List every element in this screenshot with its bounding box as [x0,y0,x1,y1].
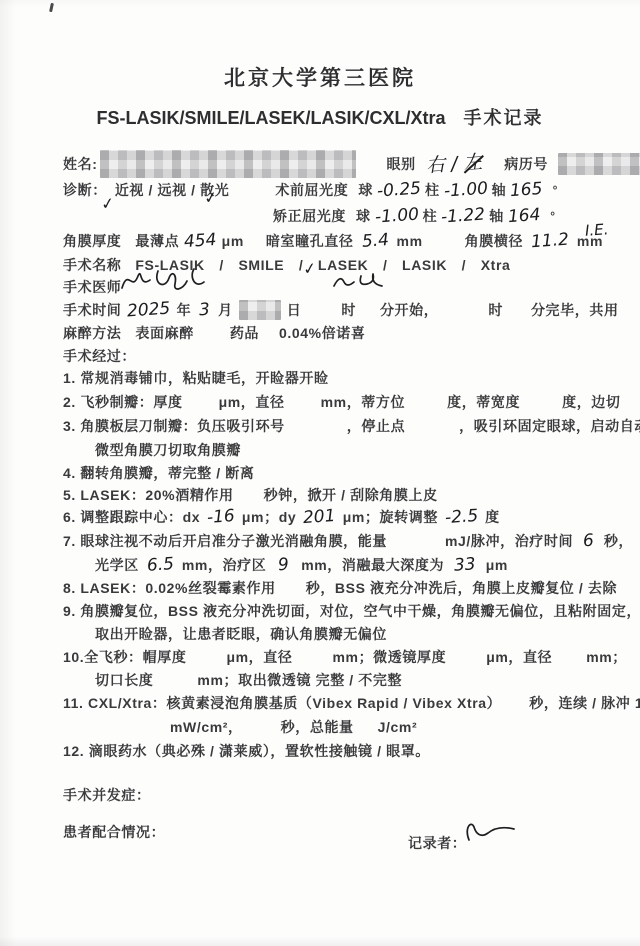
sphere-label: 球 [358,180,373,200]
procedure-step-9-cont: 取出开睑器，让患者眨眼，确认角膜瓣无偏位 [95,624,387,644]
recorder-signature [462,818,520,846]
redacted-patient-name [100,150,356,178]
pupil-label: 暗室瞳孔直径 [266,231,354,251]
corr-refraction-label: 矫正屈光度 [273,206,346,226]
step-text: 11. CXL/Xtra：核黄素浸泡角膜基质（Vibex Rapid / Vib… [63,693,501,713]
mm-unit: mm [397,231,423,251]
corr-sphere-value: -1.00 [374,205,419,226]
blank-field [285,426,347,427]
step-text: μm [486,555,508,575]
step-text: 取出开睑器，让患者眨眼，确认角膜瓣无偏位 [95,624,387,644]
blank-field [276,588,306,589]
step-text: 度，蒂宽度 [447,392,520,412]
procedure-step-9: 9. 角膜瓣复位，BSS 液充分冲洗切面，对位，空气中干燥，角膜瓣无偏位，且粘附… [63,601,640,621]
blank-field [234,495,264,496]
pre-sphere-value: -0.25 [376,179,421,200]
blank-field [387,541,445,542]
blank-field [153,680,197,681]
blank-field [229,190,275,191]
step-text: ，吸引环固定眼球，启动自动 [459,416,640,436]
procedure-step-7: 7. 眼球注视不动后开启准分子激光消融角膜，能量 mJ/脉冲，治疗时间 6 秒， [63,531,633,551]
degree-sign: ° [550,206,555,226]
blank-field [552,657,586,658]
eye-right: 右 [425,154,446,177]
cyl-label: 柱 [425,180,440,200]
blank-field [619,310,640,311]
blank-field [621,402,640,403]
step-text: mm，消融最大深度为 [301,555,444,575]
diameter-value: 11.2 [530,231,569,252]
start-text: 分开始， [380,300,438,320]
surgical-record-page: 北京大学第三医院 FS-LASIK/SMILE/LASEK/LASIK/CXL/… [0,0,640,946]
procedure-step-2: 2. 飞秒制瓣：厚度 μm，直径 mm，蒂方位 度，蒂宽度 度，边切 度 [63,392,640,412]
step-text: 1. 常规消毒铺巾，粘贴睫毛，开睑器开睑 [63,368,329,388]
step-text: mm，治疗区 [182,555,267,575]
blank-field [503,310,531,311]
pupil-value: 5.4 [361,231,389,251]
form-title-latin: FS-LASIK/SMILE/LASEK/LASIK/CXL/Xtra [96,108,445,128]
step-text: μm；旋转调整 [343,507,438,527]
anesthesia-label: 麻醉方法 [63,323,121,343]
step-text: mm；微透镜厚度 [332,647,446,667]
anesthesia-row: 麻醉方法 表面麻醉 药品 0.04%倍诺喜 [63,323,366,343]
eye-label: 眼别 [386,154,415,174]
surgery-name-label: 手术名称 [63,255,121,275]
surgery-time-row: 手术时间 2025 年 3 月 日 时 分开始， 时 分完毕，共用 分 [63,300,640,320]
cornea-row: 角膜厚度 最薄点 454 μm 暗室瞳孔直径 5.4 mm 角膜横径 11.2 … [63,231,603,251]
procedure-step-10-cont: 切口长度 mm；取出微透镜 完整 / 不完整 [95,670,402,690]
day-unit: 日 [287,300,302,320]
dy-value: 201 [303,507,337,527]
blank-field [356,310,380,311]
margin-note: I.E. [584,220,609,240]
procedure-heading: 手术经过： [63,346,136,366]
axis-label: 轴 [489,206,504,226]
step-text: 8. LASEK：0.02%丝裂霉素作用 [63,578,276,598]
dx-value: -16 [207,507,236,527]
hour-unit: 时 [341,300,356,320]
procedure-step-11: 11. CXL/Xtra：核黄素浸泡角膜基质（Vibex Rapid / Vib… [63,693,640,713]
blank-field [501,703,529,704]
blank-field [405,426,459,427]
cyl-label: 柱 [423,206,438,226]
step-text: mm； [586,647,627,667]
blank-field [194,333,230,334]
hospital-title: 北京大学第三医院 [0,62,640,92]
checkmark-myopia: ✓ [100,193,116,214]
sphere-label: 球 [356,206,371,226]
month-value: 3 [199,301,211,320]
procedure-step-1: 1. 常规消毒铺巾，粘贴睫毛，开睑器开睑 [63,368,329,388]
year-value: 2025 [127,300,171,321]
eye-value: 右 / 左 [425,153,483,175]
scan-artifact-mark [49,3,54,12]
procedure-step-7-cont: 光学区 6.5 mm，治疗区 9 mm，消融最大深度为 33 μm [95,555,508,575]
step-text: 秒， [604,531,633,551]
form-title-cn: 手术记录 [464,108,544,128]
procedure-step-3: 3. 角膜板层刀制瓣：负压吸引环号 ，停止点 ，吸引环固定眼球，启动自动 [63,416,640,436]
blank-field [446,657,486,658]
degree-sign: ° [553,180,558,200]
step-text: 度，边切 [562,392,620,412]
drug-label: 药品 [230,323,259,343]
anesthesia-value: 表面麻醉 [135,323,193,343]
eye-left: 左 [462,151,483,174]
procedure-step-5: 5. LASEK：20%酒精作用 秒钟，掀开 / 刮除角膜上皮 [63,485,438,505]
name-label: 姓名: [63,154,97,174]
treatment-time-value: 6 [582,532,594,551]
month-unit: 月 [218,300,233,320]
procedure-heading-label: 手术经过： [63,346,136,366]
cooperation-row: 患者配合情况： [63,822,165,842]
hour-unit2: 时 [488,300,503,320]
step-text: 秒钟，掀开 / 刮除角膜上皮 [264,485,438,505]
um-unit: μm [222,231,244,251]
optical-zone-value: 6.5 [146,555,174,575]
year-unit: 年 [177,300,192,320]
complications-row: 手术并发症： [63,785,151,805]
step-text: 6. 调整跟踪中心：dx [63,507,200,527]
procedure-step-6: 6. 调整跟踪中心：dx -16 μm；dy 201 μm；旋转调整 -2.5 … [63,507,500,527]
step-text: 秒，连续 / 脉冲 1:1 UV [529,693,640,713]
cornea-label: 角膜厚度 [63,231,121,251]
blank-field [301,310,341,311]
pre-cyl-value: -1.00 [443,179,488,200]
procedure-step-10: 10.全飞秒：帽厚度 μm，直径 mm；微透镜厚度 μm，直径 mm； [63,647,627,667]
surgeon-label: 手术医师 [63,277,121,297]
thinnest-value: 454 [184,231,218,251]
step-text: mm，蒂方位 [321,392,406,412]
step-text: 微型角膜刀切取角膜瓣 [95,440,241,460]
step-text: ，停止点 [347,416,405,436]
procedure-step-3-cont: 微型角膜刀切取角膜瓣 [95,440,241,460]
surgeon-annotation-scribble [330,270,392,292]
form-title: FS-LASIK/SMILE/LASEK/LASIK/CXL/Xtra手术记录 [0,104,640,130]
step-text: J/cm² [378,717,418,737]
blank-field [438,310,488,311]
diagnosis-row: 诊断： 近视 / 远视 / 散光 术前屈光度 球 -0.25 柱 -1.00 轴… [63,180,558,200]
step-text: μm，直径 [226,647,292,667]
blank-field [354,727,378,728]
patient-row: 姓名: 眼别 右 / 左 病历号 [63,150,640,178]
blank-field [292,657,332,658]
blank-field [243,727,281,728]
end-text: 分完毕，共用 [531,300,619,320]
corrected-refraction-row: 矫正屈光度 球 -1.00 柱 -1.22 轴 164 ° [273,206,556,226]
blank-field [405,402,447,403]
blank-field [259,333,279,334]
cooperation-label: 患者配合情况： [63,822,165,842]
corr-cyl-value: -1.22 [441,205,486,226]
step-text: μm；dy [242,507,296,527]
surgeon-signature [116,262,211,296]
blank-field [285,402,321,403]
step-text: 9. 角膜瓣复位，BSS 液充分冲洗切面，对位，空气中干燥，角膜瓣无偏位，且粘附… [63,601,640,621]
step-text: 4. 翻转角膜瓣，蒂完整 / 断离 [63,463,254,483]
step-text: μm，直径 [486,647,552,667]
recorder-label: 记录者： [408,833,466,853]
step-text: 5. LASEK：20%酒精作用 [63,485,234,505]
redacted-day [239,300,281,320]
corr-axis-value: 164 [507,206,541,226]
step-text: 秒，BSS 液充分冲洗后，角膜上皮瓣复位 / 去除 [306,578,617,598]
procedure-step-8: 8. LASEK：0.02%丝裂霉素作用 秒，BSS 液充分冲洗后，角膜上皮瓣复… [63,578,617,598]
step-text: 7. 眼球注视不动后开启准分子激光消融角膜，能量 [63,531,387,551]
record-no-label: 病历号 [504,154,548,174]
thinnest-label: 最薄点 [135,231,179,251]
step-text: 3. 角膜板层刀制瓣：负压吸引环号 [63,416,285,436]
procedure-step-12: 12. 滴眼药水（典必殊 / 潇莱威），置软性接触镜 / 眼罩。 [63,741,430,761]
step-text: 12. 滴眼药水（典必殊 / 潇莱威），置软性接触镜 / 眼罩。 [63,741,430,761]
checkmark-lasek: ✓ [302,258,318,279]
surgeon-row: 手术医师 [63,277,121,297]
step-text: mW/cm²， [170,717,243,737]
step-text: 光学区 [95,555,139,575]
step-text: mJ/脉冲，治疗时间 [445,531,573,551]
procedure-step-4: 4. 翻转角膜瓣，蒂完整 / 断离 [63,463,254,483]
axis-label: 轴 [492,180,507,200]
redacted-record-no [558,153,640,175]
eye-slash: / [450,153,458,175]
step-text: 2. 飞秒制瓣：厚度 [63,392,183,412]
step-text: 度 [485,507,500,527]
procedure-step-11-cont: mW/cm²， 秒，总能量 J/cm² [170,717,417,737]
treatment-zone-value: 9 [278,556,290,575]
drug-value: 0.04%倍诺喜 [279,323,366,343]
pre-axis-value: 165 [510,180,544,200]
step-text: 10.全飞秒：帽厚度 [63,647,186,667]
step-text: mm；取出微透镜 完整 / 不完整 [197,670,402,690]
pre-refraction-label: 术前屈光度 [275,180,348,200]
step-text: 秒，总能量 [281,717,354,737]
step-text: μm，直径 [219,392,285,412]
ablation-depth-value: 33 [453,555,476,574]
diameter-label: 角膜横径 [465,231,523,251]
step-text: 切口长度 [95,670,153,690]
checkmark-astigmatism: ✓ [203,187,219,208]
complications-label: 手术并发症： [63,785,151,805]
blank-field [186,657,226,658]
blank-field [520,402,562,403]
time-label: 手术时间 [63,300,121,320]
blank-field [183,402,219,403]
recorder-row: 记录者： [408,833,466,853]
rotation-value: -2.5 [444,507,478,527]
